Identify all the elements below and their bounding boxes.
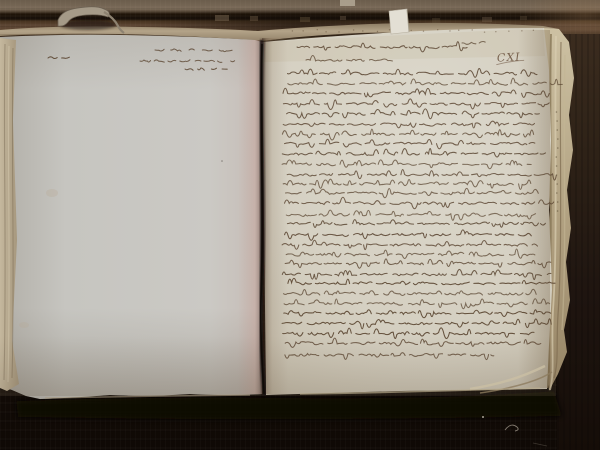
table-fibres bbox=[482, 416, 547, 446]
foxing-stain bbox=[19, 322, 29, 328]
head-edge-dot bbox=[449, 30, 450, 31]
bottom-toning bbox=[0, 336, 556, 396]
manuscript-book-photo: CXI bbox=[0, 0, 600, 450]
head-edge-dot bbox=[325, 31, 326, 32]
head-edge-dot bbox=[508, 30, 509, 31]
head-edge-dot bbox=[353, 29, 354, 30]
head-edge-dot bbox=[472, 29, 473, 30]
head-edge-dot bbox=[377, 31, 378, 32]
fore-edge-dot bbox=[556, 192, 558, 194]
fore-edge-dot bbox=[556, 129, 558, 131]
fore-edge-dot bbox=[556, 111, 558, 113]
fore-edge-dot bbox=[556, 120, 558, 122]
fore-edge-dot bbox=[555, 156, 557, 158]
head-edge-dot bbox=[533, 30, 534, 31]
fore-edge-dot bbox=[557, 201, 559, 203]
fore-edge-dot bbox=[556, 174, 558, 176]
head-edge-dot bbox=[484, 31, 485, 32]
head-edge-dot bbox=[389, 29, 390, 30]
fore-edge-dot bbox=[557, 138, 559, 140]
head-edge-dot bbox=[292, 30, 293, 31]
table-debris bbox=[215, 0, 527, 23]
head-edge-dot bbox=[362, 30, 363, 31]
fore-edge-dot bbox=[557, 210, 559, 212]
head-edge-dot bbox=[338, 31, 339, 32]
head-edge-dot bbox=[317, 29, 318, 30]
head-edge-dot bbox=[521, 30, 522, 31]
fore-edge-dot bbox=[556, 165, 558, 167]
head-edge-dot bbox=[458, 30, 459, 31]
head-edge-dot bbox=[495, 31, 496, 32]
head-edge-dot bbox=[423, 31, 424, 32]
ink-speck bbox=[221, 160, 223, 162]
head-edge-dot bbox=[411, 30, 412, 31]
folio-number-text: CXI bbox=[497, 50, 521, 64]
foxing-stain bbox=[46, 189, 58, 197]
fore-edge-dot bbox=[557, 147, 559, 149]
head-edge-dot bbox=[302, 30, 303, 31]
bookmark-tab bbox=[389, 9, 409, 34]
fore-edge-dot bbox=[556, 183, 558, 185]
head-edge-dot bbox=[437, 29, 438, 30]
folio-number: CXI bbox=[496, 50, 525, 64]
photo-scene: CXI bbox=[0, 0, 600, 450]
